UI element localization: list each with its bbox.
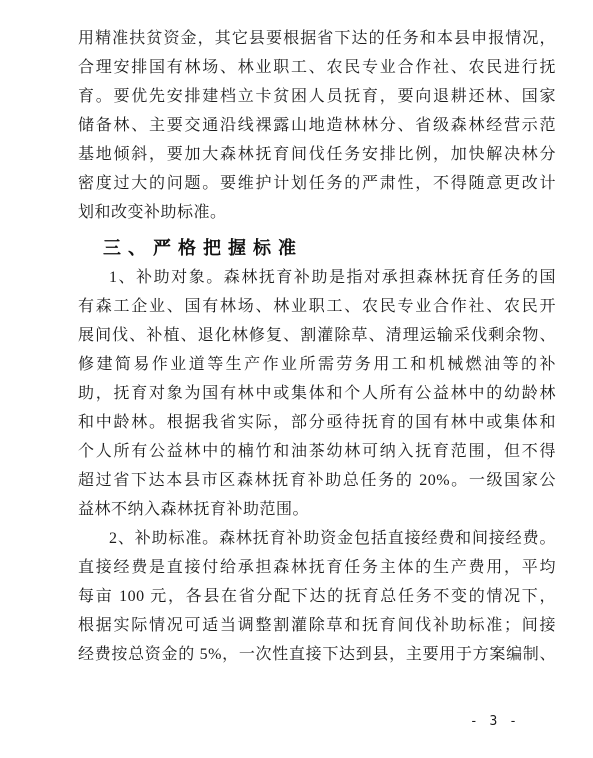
paragraph: 1、补助对象。森林抚育补助是指对承担森林抚育任务的国有森工企业、国有林场、林业职… [78,263,556,524]
text-line: 根据实际情况可适当调整割灌除草和抚育间伐补助标准；间接 [78,611,556,640]
text-line: 2、补助标准。森林抚育补助资金包括直接经费和间接经费。 [78,524,556,553]
text-line: 划和改变补助标准。 [78,198,556,227]
text-line: 基地倾斜，要加大森林抚育间伐任务安排比例，加快解决林分 [78,140,556,169]
text-line: 助，抚育对象为国有林中或集体和个人所有公益林中的幼龄林 [78,379,556,408]
section-heading: 三、严格把握标准 [78,234,556,263]
text-line: 合理安排国有林场、林业职工、农民专业合作社、农民进行抚 [78,53,556,82]
text-line: 1、补助对象。森林抚育补助是指对承担森林抚育任务的国 [78,263,556,292]
document-body: 用精准扶贫资金，其它县要根据省下达的任务和本县申报情况，合理安排国有林场、林业职… [78,24,556,669]
page-number: - 3 - [470,714,519,729]
text-line: 修建简易作业道等生产作业所需劳务用工和机械燃油等的补 [78,350,556,379]
text-line: 直接经费是直接付给承担森林抚育任务主体的生产费用，平均 [78,553,556,582]
text-line: 超过省下达本县市区森林抚育补助总任务的 20%。一级国家公 [78,466,556,495]
paragraph: 用精准扶贫资金，其它县要根据省下达的任务和本县申报情况，合理安排国有林场、林业职… [78,24,556,227]
paragraph-lead: 2、补助标准。 [109,530,219,547]
paragraph: 2、补助标准。森林抚育补助资金包括直接经费和间接经费。直接经费是直接付给承担森林… [78,524,556,669]
text-line: 益林不纳入森林抚育补助范围。 [78,495,556,524]
text-line: 经费按总资金的 5%，一次性直接下达到县，主要用于方案编制、 [78,640,556,669]
text-line: 育。要优先安排建档立卡贫困人员抚育，要向退耕还林、国家 [78,82,556,111]
text-line: 和中龄林。根据我省实际，部分亟待抚育的国有林中或集体和 [78,408,556,437]
text-line: 有森工企业、国有林场、林业职工、农民专业合作社、农民开 [78,292,556,321]
text-line: 展间伐、补植、退化林修复、割灌除草、清理运输采伐剩余物、 [78,321,556,350]
text-line: 储备林、主要交通沿线裸露山地造林林分、省级森林经营示范 [78,111,556,140]
text-line: 个人所有公益林中的楠竹和油茶幼林可纳入抚育范围，但不得 [78,437,556,466]
document-page: 用精准扶贫资金，其它县要根据省下达的任务和本县申报情况，合理安排国有林场、林业职… [0,0,593,758]
paragraph-lead: 1、补助对象。 [109,269,224,286]
text-line: 每亩 100 元，各县在省分配下达的抚育总任务不变的情况下， [78,582,556,611]
text-line: 密度过大的问题。要维护计划任务的严肃性，不得随意更改计 [78,169,556,198]
text-line: 用精准扶贫资金，其它县要根据省下达的任务和本县申报情况， [78,24,556,53]
